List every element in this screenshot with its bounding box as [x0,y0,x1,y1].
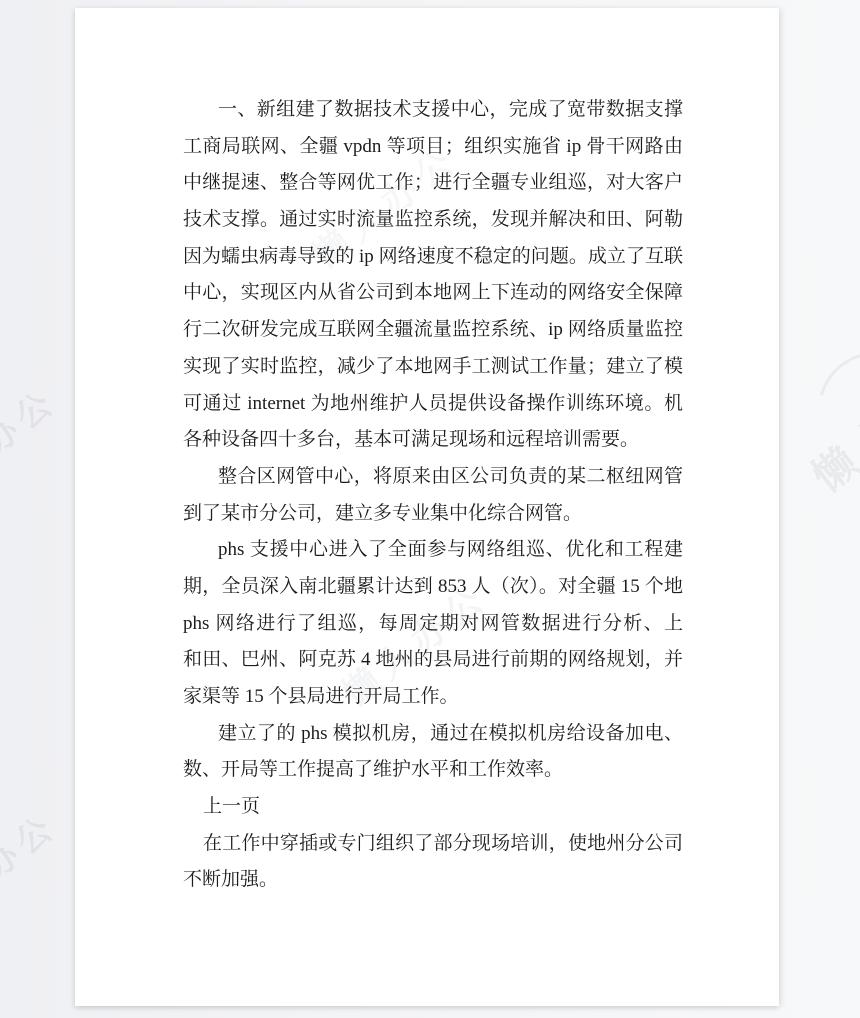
paragraph: 在工作中穿插或专门组织了部分现场培训，使地州分公司维护力量不断加强。 [183,826,683,899]
text-line: 实现了实时监控，减少了本地网手工测试工作量；建立了模拟机房， [183,349,683,386]
paragraph: 上一页 [183,789,683,826]
watermark: 懒人办公 [0,375,66,515]
paragraph: 整合区网管中心，将原来由区公司负责的某二枢纽网管中心移交到了某市分公司，建立多专… [183,459,683,532]
app-background: 懒人办公 懒人办公 懒人办公 懒人办公 懒人办公 一、新组建了数据技术支援中心，… [0,0,860,1018]
text-line: 工商局联网、全疆 vpdn 等项目；组织实施省 ip 骨干网路由双备份、 [183,129,683,166]
text-line: 家渠等 15 个县局进行开局工作。 [183,679,683,716]
watermark: 懒人办公 [0,800,66,940]
text-line: phs 支援中心进入了全面参与网络组巡、优化和工程建设的时 [183,532,683,569]
watermark-logo-arc [797,331,860,489]
document-body: 一、新组建了数据技术支援中心，完成了宽带数据支撑系统整合、工商局联网、全疆 vp… [183,92,683,899]
text-line: 整合区网管中心，将原来由区公司负责的某二枢纽网管中心移交 [183,459,683,496]
text-line: 可通过 internet 为地州维护人员提供设备操作训练环境。机房现有 [183,386,683,423]
text-line: 中心，实现区内从省公司到本地网上下连动的网络安全保障流程；自 [183,275,683,312]
text-line: 在工作中穿插或专门组织了部分现场培训，使地州分公司维护力量 [183,826,683,863]
document-page: 懒人办公 懒人办公 一、新组建了数据技术支援中心，完成了宽带数据支撑系统整合、工… [75,8,779,1006]
paragraph: phs 支援中心进入了全面参与网络组巡、优化和工程建设的时期，全员深入南北疆累计… [183,532,683,715]
text-line: 因为蠕虫病毒导致的 ip 网络速度不稳定的问题。成立了互联网安全 [183,239,683,276]
text-line: 到了某市分公司，建立多专业集中化综合网管。 [183,496,683,533]
text-line: 和田、巴州、阿克苏 4 地州的县局进行前期的网络规划，并先后赴五 [183,642,683,679]
text-line: 中继提速、整合等网优工作；进行全疆专业组巡，对大客户部门进行 [183,165,683,202]
text-line: 不断加强。 [183,862,683,899]
text-line: 期，全员深入南北疆累计达到 853 人（次）。对全疆 15 个地州市的 [183,569,683,606]
prev-page-link[interactable]: 上一页 [183,789,683,826]
text-line: 建立了的 phs 模拟机房，通过在模拟机房给设备加电、修改参 [183,716,683,753]
text-line: 技术支撑。通过实时流量监控系统，发现并解决和田、阿勒泰等地州 [183,202,683,239]
text-line: 各种设备四十多台，基本可满足现场和远程培训需要。 [183,422,683,459]
paragraph: 一、新组建了数据技术支援中心，完成了宽带数据支撑系统整合、工商局联网、全疆 vp… [183,92,683,459]
paragraph: 建立了的 phs 模拟机房，通过在模拟机房给设备加电、修改参数、开局等工作提高了… [183,716,683,789]
text-line: 数、开局等工作提高了维护水平和工作效率。 [183,752,683,789]
text-line: 行二次研发完成互联网全疆流量监控系统、ip 网络质量监控系统， [183,312,683,349]
watermark: 懒人办公 [798,336,860,504]
text-line: phs 网络进行了组巡，每周定期对网管数据进行分析、上报。对喀什、 [183,606,683,643]
text-line: 一、新组建了数据技术支援中心，完成了宽带数据支撑系统整合、 [183,92,683,129]
